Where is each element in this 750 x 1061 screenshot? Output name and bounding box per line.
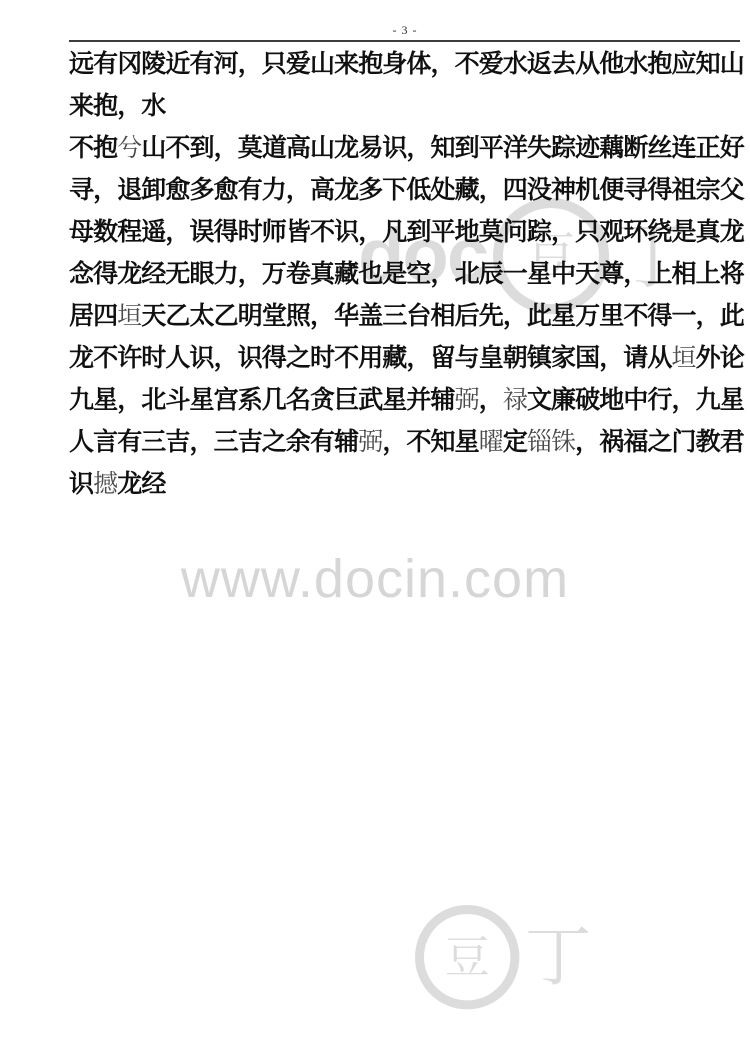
document-page: - 3 - doc 豆 丁 www.docin.com 豆 丁 远有冈陵近有河，… xyxy=(0,0,750,1061)
text-line: 龙不许时人识，识得之时不用藏，留与皇朝镇家国，请从垣外论 xyxy=(69,337,749,379)
text-line: 人言有三吉，三吉之余有辅弼，不知星曜定锱铢，祸福之门教君 xyxy=(69,421,749,463)
docin-bean-glyph: 豆 xyxy=(445,935,490,980)
docin-ding-glyph: 丁 xyxy=(525,924,592,991)
text-line: 寻，退卸愈多愈有力，高龙多下低处藏，四没神机便寻得祖宗父 xyxy=(69,169,749,211)
document-body: 远有冈陵近有河，只爱山来抱身体，不爱水返去从他水抱应知山 来抱，水 不抱兮山不到… xyxy=(69,43,749,505)
text-line: 来抱，水 xyxy=(69,85,749,127)
text-line: 母数程遥，误得时师皆不识，凡到平地莫问踪，只观环绕是真龙 xyxy=(69,211,749,253)
text-line: 不抱兮山不到，莫道高山龙易识，知到平洋失踪迹藕断丝连正好 xyxy=(69,127,749,169)
text-line: 九星，北斗星宫系几名贪巨武星并辅弼，禄文廉破地中行，九星 xyxy=(69,379,749,421)
text-line: 念得龙经无眼力，万卷真藏也是空，北辰一星中天尊，上相上将 xyxy=(69,253,749,295)
docin-circle-icon: 豆 xyxy=(415,905,519,1009)
docin-logo-watermark: 豆 丁 xyxy=(415,905,591,1009)
text-line: 远有冈陵近有河，只爱山来抱身体，不爱水返去从他水抱应知山 xyxy=(69,43,749,85)
text-line: 识撼龙经 xyxy=(69,463,749,505)
docin-url-watermark: www.docin.com xyxy=(36,548,714,610)
text-line: 居四垣天乙太乙明堂照，华盖三台相后先，此星万里不得一，此 xyxy=(69,295,749,337)
